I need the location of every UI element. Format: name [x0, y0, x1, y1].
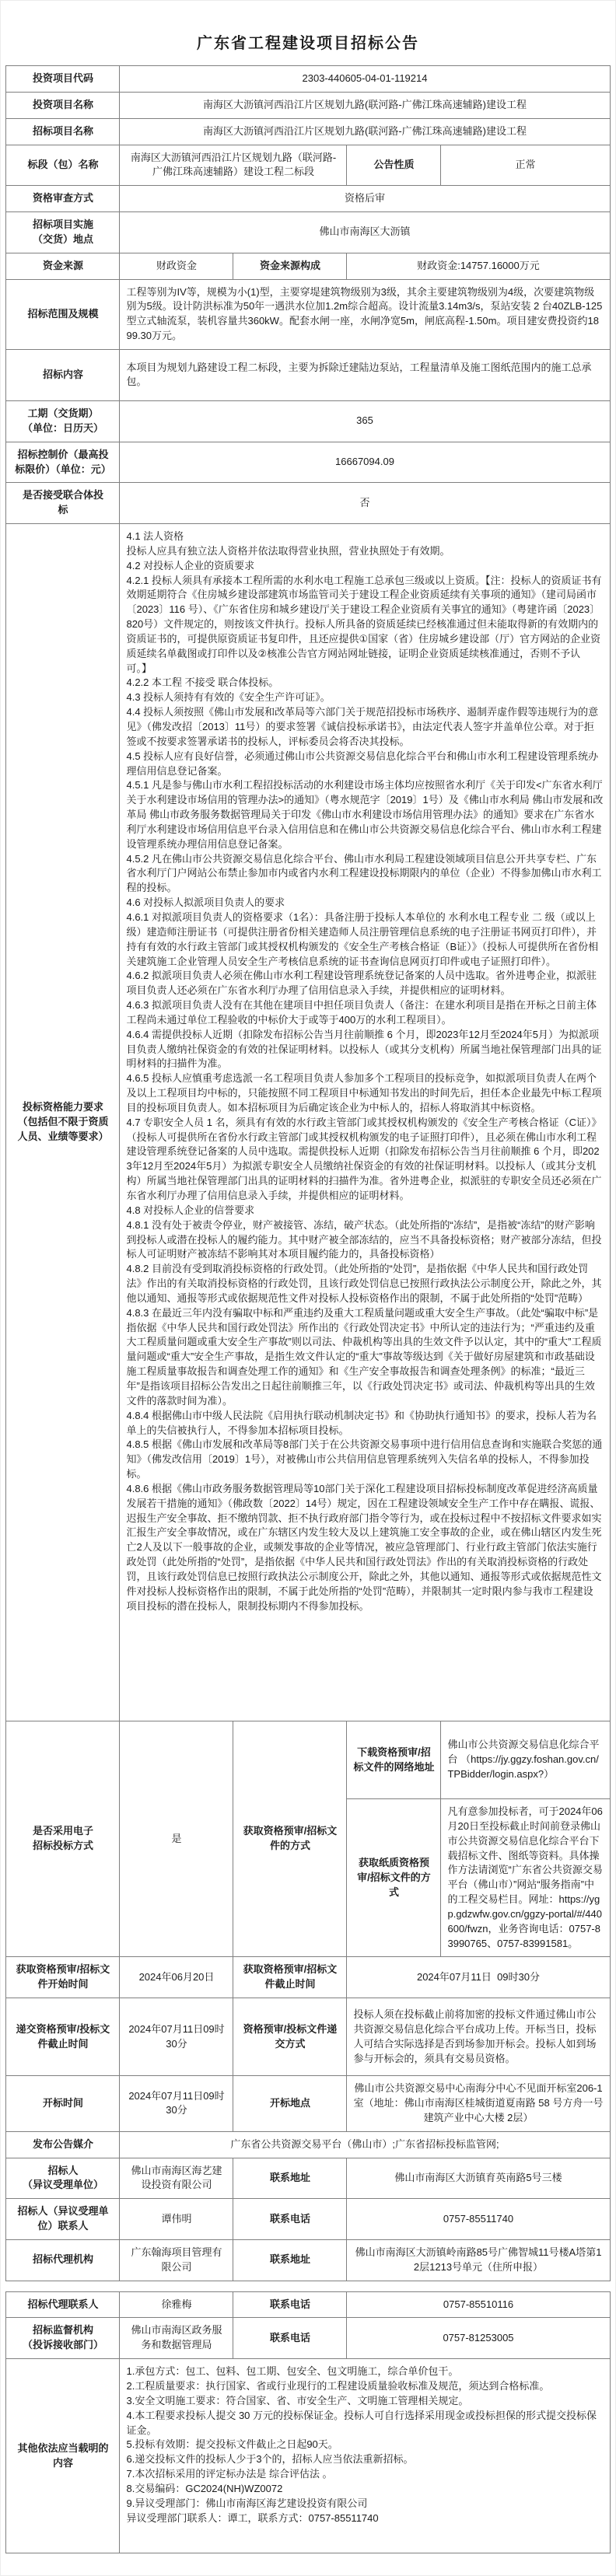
announcement-page: 广东省工程建设项目招标公告 投资项目代码2303-440605-04-01-11… [0, 0, 616, 2576]
electronic-bidding-label: 是否采用电子 招标投标方式 [6, 1721, 120, 1957]
price-ceiling-label: 招标控制价（最高投标限价）（单位：元） [6, 442, 120, 483]
supervision-phone-value: 0757-81253005 [347, 2318, 610, 2359]
submission-deadline-value: 2024年07月11日09时30分 [120, 1998, 233, 2076]
tenderer-contact-label: 招标人（异议受理单位）联系人 [6, 2199, 120, 2240]
tender-project-name-value: 南海区大沥镇河西沿江片区规划九路(联河路-广佛江珠高速辅路)建设工程 [120, 118, 610, 145]
other-contents-label: 其他依法应当载明的内容 [6, 2359, 120, 2553]
row-investment-project-name: 投资项目名称南海区大沥镇河西沿江片区规划九路(联河路-广佛江珠高速辅路)建设工程 [6, 92, 610, 118]
construction-period-label: 工期（交货期） （单位：日历天） [6, 400, 120, 442]
investment-project-name-label: 投资项目名称 [6, 92, 120, 118]
funding-composition-label: 资金来源构成 [233, 253, 347, 279]
supervision-value: 佛山市南海区政务服务和数据管理局 [120, 2318, 233, 2359]
tenderer-address-value: 佛山市南海区大沥镇育英南路5号三楼 [347, 2158, 610, 2199]
bid-opening-time-label: 开标时间 [6, 2076, 120, 2132]
bid-opening-place-value: 佛山市公共资源交易中心南海分中心不见面开标室206-1室（地址：佛山市南海区桂城… [347, 2076, 610, 2132]
section-name-value: 南海区大沥镇河西沿江片区规划九路（联河路-广佛江珠高速辅路）建设工程二标段 [120, 145, 347, 186]
obtain-start-time-label: 获取资格预审/招标文件开始时间 [6, 1957, 120, 1998]
row-supervision: 招标监督机构 （投诉接收部门）佛山市南海区政务服务和数据管理局联系电话0757-… [6, 2318, 610, 2359]
row-spacer [6, 2281, 610, 2291]
submission-method-label: 资格预审/投标文件递交方式 [233, 1998, 347, 2076]
row-tenderer-contact: 招标人（异议受理单位）联系人谭伟明联系电话0757-85511740 [6, 2199, 610, 2240]
row-construction-period: 工期（交货期） （单位：日历天）365 [6, 400, 610, 442]
row-tender-project-name: 招标项目名称南海区大沥镇河西沿江片区规划九路(联河路-广佛江珠高速辅路)建设工程 [6, 118, 610, 145]
agency-phone-label: 联系电话 [233, 2291, 347, 2318]
funding-source-label: 资金来源 [6, 253, 120, 279]
bid-opening-time-value: 2024年07月11日09时30分 [120, 2076, 233, 2132]
table-body: 投资项目代码2303-440605-04-01-119214投资项目名称南海区大… [6, 66, 610, 2553]
row-funding-source: 资金来源财政资金资金来源构成财政资金:14757.16000万元 [6, 253, 610, 279]
paper-documents-value: 凡有意参加投标者，可于2024年06月20日至投标截止时间前登录佛山市公共资源交… [441, 1799, 610, 1957]
investment-project-code-label: 投资项目代码 [6, 66, 120, 93]
row-electronic-bidding: 是否采用电子 招标投标方式是获取资格预审/招标文件的方式下载资格预审/招标文件的… [6, 1721, 610, 1799]
page-title: 广东省工程建设项目招标公告 [1, 1, 615, 65]
tender-project-name-label: 招标项目名称 [6, 118, 120, 145]
paper-documents-label: 获取纸质资格预审/招标文件的方式 [347, 1799, 441, 1957]
obtain-documents-method-label: 获取资格预审/招标文件的方式 [233, 1721, 347, 1957]
row-submission-deadline: 递交资格预审/投标文件截止时间2024年07月11日09时30分资格预审/投标文… [6, 1998, 610, 2076]
agency-address-label: 联系地址 [233, 2239, 347, 2281]
agency-contact-label: 招标代理联系人 [6, 2291, 120, 2318]
row-tender-scope: 招标范围及规模工程等别为IV等，规模为小(1)型，主要穿堤建筑物级别为3级，其余… [6, 279, 610, 349]
agency-label: 招标代理机构 [6, 2239, 120, 2281]
qualification-review-method-label: 资格审查方式 [6, 186, 120, 212]
price-ceiling-value: 16667094.09 [120, 442, 610, 483]
other-contents-value: 1.承包方式：包工、包料、包工期、包安全、包文明施工，综合单价包干。 2.工程质… [120, 2359, 610, 2553]
tenderer-contact-value: 谭伟明 [120, 2199, 233, 2240]
tender-content-label: 招标内容 [6, 349, 120, 400]
announcement-nature-value: 正常 [441, 145, 610, 186]
row-bidder-qualification-requirements: 投标资格能力要求（包括但不限于资质人员、业绩等要求）4.1 法人资格 投标人应具… [6, 524, 610, 1721]
electronic-bidding-value: 是 [120, 1721, 233, 1957]
agency-address-value: 佛山市南海区大沥镇岭南路85号广佛智城11号楼A塔第12层1213号单元（住所申… [347, 2239, 610, 2281]
tenderer-label: 招标人 （异议受理单位） [6, 2158, 120, 2199]
tender-scope-label: 招标范围及规模 [6, 279, 120, 349]
row-qualification-review-method: 资格审查方式资格后审 [6, 186, 610, 212]
row-project-location: 招标项目实施 （交货）地点佛山市南海区大沥镇 [6, 212, 610, 253]
row-agency-contact: 招标代理联系人徐雅梅联系电话0757-85510116 [6, 2291, 610, 2318]
agency-phone-value: 0757-85510116 [347, 2291, 610, 2318]
row-other-contents: 其他依法应当载明的内容1.承包方式：包工、包料、包工期、包安全、包文明施工，综合… [6, 2359, 610, 2553]
download-address-value: 佛山市公共资源交易信息化综合平台 （https://jy.ggzy.foshan… [441, 1721, 610, 1799]
section-name-label: 标段（包）名称 [6, 145, 120, 186]
agency-value: 广东翰海项目管理有限公司 [120, 2239, 233, 2281]
row-price-ceiling: 招标控制价（最高投标限价）（单位：元）16667094.09 [6, 442, 610, 483]
qualification-review-method-value: 资格后审 [120, 186, 610, 212]
construction-period-value: 365 [120, 400, 610, 442]
consortium-bidding-value: 否 [120, 483, 610, 524]
row-agency: 招标代理机构广东翰海项目管理有限公司联系地址佛山市南海区大沥镇岭南路85号广佛智… [6, 2239, 610, 2281]
announcement-media-label: 发布公告媒介 [6, 2131, 120, 2158]
bidder-qualification-label: 投标资格能力要求（包括但不限于资质人员、业绩等要求） [6, 524, 120, 1721]
tender-scope-value: 工程等别为IV等，规模为小(1)型，主要穿堤建筑物级别为3级，其余主要建筑物级别… [120, 279, 610, 349]
row-tender-content: 招标内容本项目为规划九路建设工程二标段，主要为拆除迁建陆边泵站，工程量清单及施工… [6, 349, 610, 400]
bidder-qualification-value: 4.1 法人资格 投标人应具有独立法人资格并依法取得营业执照，营业执照处于有效期… [120, 524, 610, 1721]
funding-source-value: 财政资金 [120, 253, 233, 279]
spacer-cell [6, 2281, 610, 2291]
project-location-label: 招标项目实施 （交货）地点 [6, 212, 120, 253]
obtain-deadline-label: 获取资格预审/招标文件截止时间 [233, 1957, 347, 1998]
row-investment-project-code: 投资项目代码2303-440605-04-01-119214 [6, 66, 610, 93]
row-announcement-media: 发布公告媒介广东省公共资源交易平台（佛山市）;广东省招标投标监管网; [6, 2131, 610, 2158]
tender-content-value: 本项目为规划九路建设工程二标段，主要为拆除迁建陆边泵站，工程量清单及施工图纸范围… [120, 349, 610, 400]
row-tenderer: 招标人 （异议受理单位）佛山市南海区海艺建设投资有限公司联系地址佛山市南海区大沥… [6, 2158, 610, 2199]
obtain-start-time-value: 2024年06月20日 [120, 1957, 233, 1998]
announcement-nature-label: 公告性质 [347, 145, 441, 186]
tenderer-value: 佛山市南海区海艺建设投资有限公司 [120, 2158, 233, 2199]
bid-opening-place-label: 开标地点 [233, 2076, 347, 2132]
agency-contact-value: 徐雅梅 [120, 2291, 233, 2318]
submission-deadline-label: 递交资格预审/投标文件截止时间 [6, 1998, 120, 2076]
project-location-value: 佛山市南海区大沥镇 [120, 212, 610, 253]
submission-method-value: 投标人须在投标截止前将加密的投标文件通过佛山市公共资源交易信息化综合平台成功上传… [347, 1998, 610, 2076]
tenderer-address-label: 联系地址 [233, 2158, 347, 2199]
tenderer-phone-value: 0757-85511740 [347, 2199, 610, 2240]
announcement-media-value: 广东省公共资源交易平台（佛山市）;广东省招标投标监管网; [120, 2131, 610, 2158]
row-bid-opening: 开标时间2024年07月11日09时30分开标地点佛山市公共资源交易中心南海分中… [6, 2076, 610, 2132]
row-document-obtain-time: 获取资格预审/招标文件开始时间2024年06月20日获取资格预审/招标文件截止时… [6, 1957, 610, 1998]
row-section-name: 标段（包）名称南海区大沥镇河西沿江片区规划九路（联河路-广佛江珠高速辅路）建设工… [6, 145, 610, 186]
announcement-table: 投资项目代码2303-440605-04-01-119214投资项目名称南海区大… [5, 65, 610, 2553]
row-consortium-bidding: 是否接受联合体投 标否 [6, 483, 610, 524]
supervision-label: 招标监督机构 （投诉接收部门） [6, 2318, 120, 2359]
investment-project-code-value: 2303-440605-04-01-119214 [120, 66, 610, 93]
obtain-deadline-value: 2024年07月11日 09时30分 [347, 1957, 610, 1998]
supervision-phone-label: 联系电话 [233, 2318, 347, 2359]
tenderer-phone-label: 联系电话 [233, 2199, 347, 2240]
consortium-bidding-label: 是否接受联合体投 标 [6, 483, 120, 524]
download-address-label: 下载资格预审/招标文件的网络地址 [347, 1721, 441, 1799]
investment-project-name-value: 南海区大沥镇河西沿江片区规划九路(联河路-广佛江珠高速辅路)建设工程 [120, 92, 610, 118]
funding-composition-value: 财政资金:14757.16000万元 [347, 253, 610, 279]
